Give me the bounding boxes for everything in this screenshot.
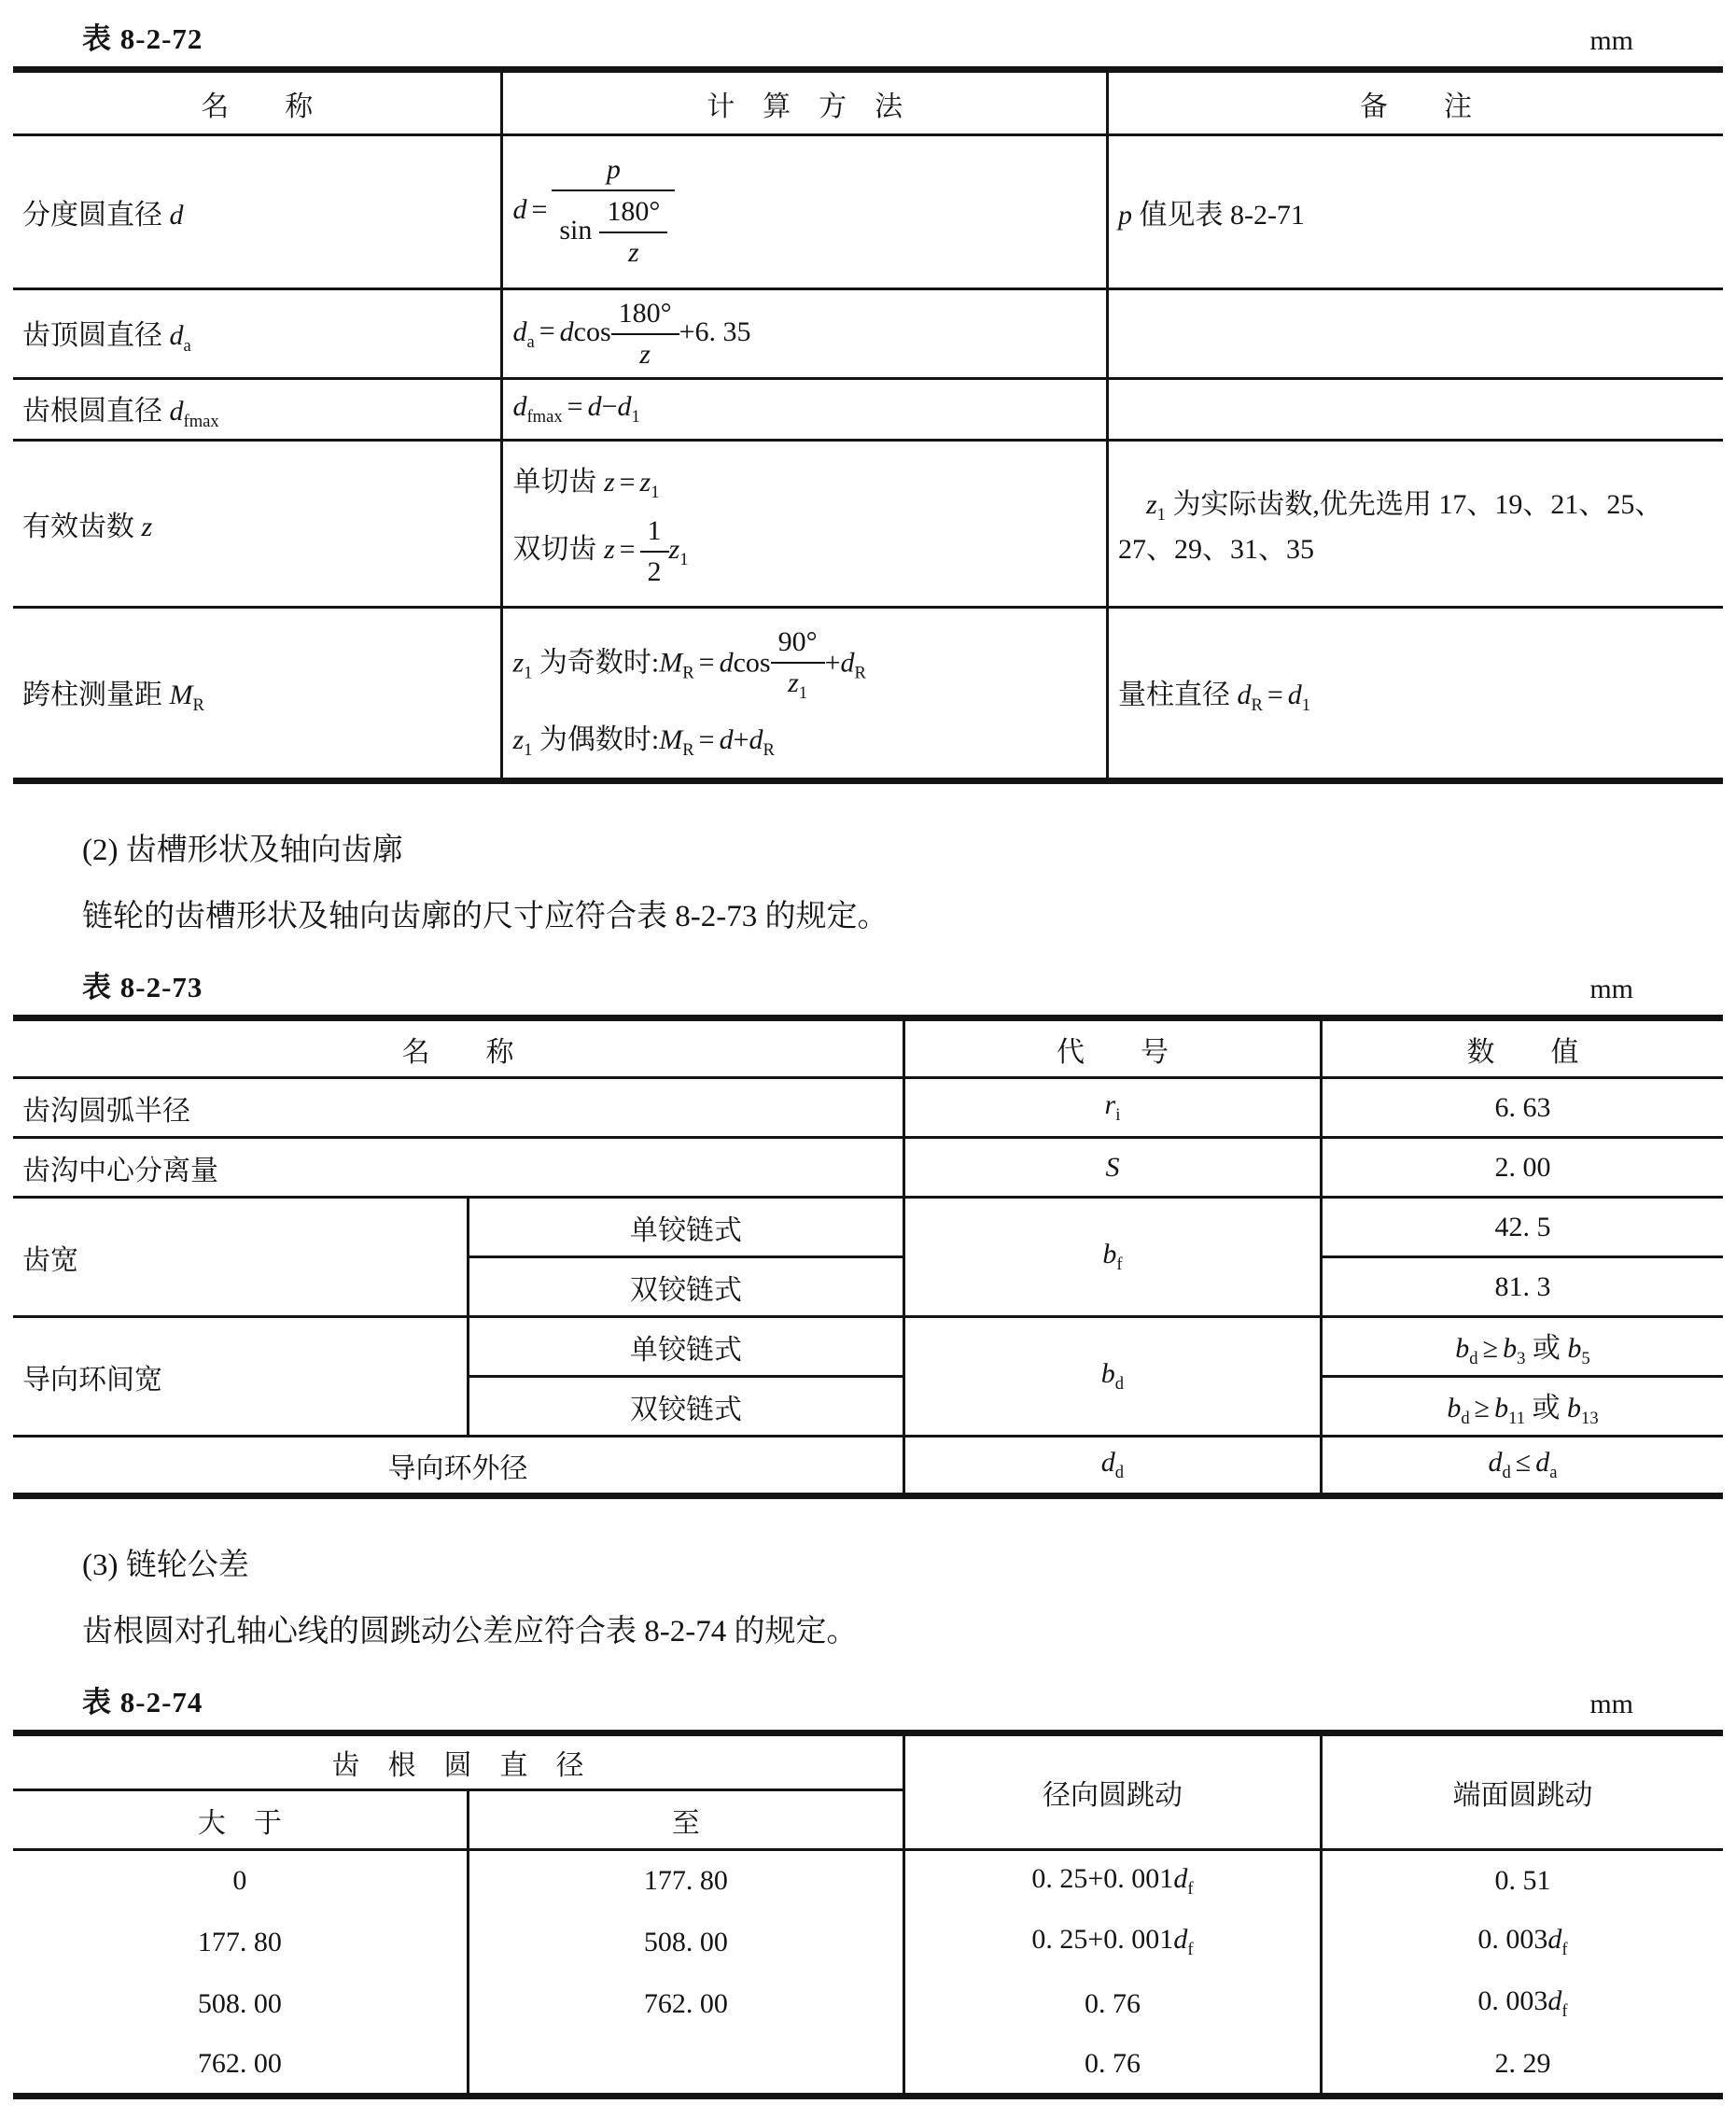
value-var: d xyxy=(1173,1924,1187,1955)
cell-radial: 0. 25+0. 001df xyxy=(903,1912,1321,1973)
cell-subtype: 双铰链式 xyxy=(468,1257,903,1317)
table3-caption-row: 表 8-2-74 mm xyxy=(13,1678,1723,1720)
name-sub: R xyxy=(193,695,204,715)
formula-part: sin xyxy=(559,215,592,245)
fraction-denominator: z xyxy=(611,335,679,372)
table2-header-name: 名 称 xyxy=(13,1018,903,1078)
formula-part: 为偶数时: xyxy=(532,724,659,755)
value-text: 或 xyxy=(1525,1333,1567,1364)
formula-part: = xyxy=(615,467,640,498)
name-var: d xyxy=(170,396,184,427)
remark-var: z xyxy=(1146,489,1157,520)
cell-subtype: 单铰链式 xyxy=(468,1317,903,1377)
remark-var: d xyxy=(1288,680,1302,710)
cell-to: 177. 80 xyxy=(468,1850,903,1912)
table3-unit-label: mm xyxy=(1589,1689,1633,1720)
cell-remark xyxy=(1107,379,1723,441)
value-var: b xyxy=(1447,1393,1461,1424)
symbol-var: d xyxy=(1101,1447,1115,1478)
fraction-denominator: 2 xyxy=(640,553,669,589)
section2-heading: (2) 齿槽形状及轴向齿廓 xyxy=(82,825,1723,869)
formula-part: = xyxy=(563,391,588,422)
cell-over: 762. 00 xyxy=(13,2035,468,2097)
cell-axial: 2. 29 xyxy=(1321,2035,1723,2097)
table-row: 762. 00 0. 76 2. 29 xyxy=(13,2035,1723,2097)
formula-line: z1 为偶数时:MR=d+dR xyxy=(512,716,1097,761)
formula-part: d xyxy=(618,391,632,422)
formula-part: p xyxy=(607,154,621,185)
value-text: 0. 25+0. 001 xyxy=(1031,1924,1173,1955)
cell-over: 0 xyxy=(13,1850,468,1912)
formula-part: cos xyxy=(574,316,611,346)
section3-heading: (3) 链轮公差 xyxy=(82,1540,1723,1584)
fraction-denominator: z xyxy=(599,233,667,270)
cell-value: dd≤da xyxy=(1321,1437,1723,1496)
table-row: 0 177. 80 0. 25+0. 001df 0. 51 xyxy=(13,1850,1723,1912)
remark-line: z1 为实际齿数,优先选用 17、19、21、25、 xyxy=(1118,481,1714,526)
formula-part: R xyxy=(682,740,693,760)
name-label: 跨柱测量距 xyxy=(22,680,170,710)
cell-subtype: 单铰链式 xyxy=(468,1198,903,1257)
table-row: 齿根圆直径 dfmax dfmax=d−d1 xyxy=(13,379,1723,441)
formula-part: d xyxy=(512,194,526,225)
formula-part: − xyxy=(602,391,618,422)
table-row: 177. 80 508. 00 0. 25+0. 001df 0. 003df xyxy=(13,1912,1723,1973)
value-sub: f xyxy=(1561,1940,1567,1959)
table1-caption: 表 8-2-72 xyxy=(82,15,203,57)
cell-value: 42. 5 xyxy=(1321,1198,1723,1257)
section2-body: 链轮的齿槽形状及轴向齿廓的尺寸应符合表 8-2-73 的规定。 xyxy=(82,891,1723,935)
table-row: 齿顶圆直径 da da=dcos 180° z +6. 35 xyxy=(13,289,1723,379)
formula-part: z xyxy=(639,339,651,370)
formula-part: z xyxy=(512,647,524,678)
symbol-sub: d xyxy=(1115,1374,1124,1394)
table2: 名 称 代 号 数 值 齿沟圆弧半径 ri 6. 63 齿沟中心分离量 S 2.… xyxy=(13,1015,1723,1499)
value-op: ≥ xyxy=(1478,1333,1503,1364)
cell-method: da=dcos 180° z +6. 35 xyxy=(502,289,1108,379)
cell-method: d= p sin 180° z xyxy=(502,135,1108,289)
remark-var-sub: R xyxy=(1251,695,1262,715)
cell-name: 齿宽 xyxy=(13,1198,468,1317)
value-var: d xyxy=(1535,1447,1549,1478)
value-var: b xyxy=(1567,1333,1581,1364)
cell-value: 81. 3 xyxy=(1321,1257,1723,1317)
table1-unit-label: mm xyxy=(1589,25,1633,57)
formula-part: d xyxy=(749,724,763,755)
value-sub: 3 xyxy=(1517,1349,1525,1368)
fraction: 180° z xyxy=(611,297,679,372)
formula-part: 双切齿 xyxy=(512,534,604,565)
remark-text: 27、29、31、35 xyxy=(1118,534,1314,565)
formula-part: +6. 35 xyxy=(679,316,751,346)
value-text: 0. 003 xyxy=(1477,1924,1547,1955)
cell-name: 齿沟中心分离量 xyxy=(13,1138,903,1198)
formula-part: = xyxy=(694,647,720,678)
table3-header-radial-runout: 径向圆跳动 xyxy=(903,1733,1321,1850)
value-sub: f xyxy=(1187,1879,1193,1899)
symbol-var: b xyxy=(1102,1239,1116,1269)
value-op: ≥ xyxy=(1470,1393,1494,1424)
table3-header-to: 至 xyxy=(468,1790,903,1850)
formula-part: R xyxy=(855,663,866,682)
value-sub: 5 xyxy=(1581,1349,1589,1368)
remark-var-sub: 1 xyxy=(1302,695,1310,715)
value-var: b xyxy=(1567,1393,1581,1424)
symbol-var: b xyxy=(1101,1358,1115,1389)
table-row: 508. 00 762. 00 0. 76 0. 003df xyxy=(13,1973,1723,2035)
remark-text: = xyxy=(1263,680,1288,710)
value-var: d xyxy=(1173,1863,1187,1894)
value-op: ≤ xyxy=(1511,1447,1535,1478)
formula-part: cos xyxy=(734,647,771,678)
formula-part: d xyxy=(720,647,734,678)
formula-line: z1 为奇数时:MR=dcos 90° z1 +dR xyxy=(512,625,1097,705)
formula-part: 为奇数时: xyxy=(532,647,659,678)
formula-part: = xyxy=(694,724,720,755)
value-var: d xyxy=(1547,1985,1561,2016)
name-var: d xyxy=(170,320,184,351)
symbol-sub: f xyxy=(1116,1255,1122,1274)
formula-part: 90° xyxy=(771,625,825,664)
formula-part: z xyxy=(604,534,615,565)
formula-part: z xyxy=(640,467,651,498)
table2-unit-label: mm xyxy=(1589,974,1633,1005)
document-page: 表 8-2-72 mm 名 称 计 算 方 法 备 注 分度圆直径 d d= p… xyxy=(0,0,1736,2118)
symbol-sub: d xyxy=(1115,1463,1124,1482)
table-row: 有效齿数 z 单切齿 z=z1 双切齿 z= 1 2 z1 z1 为实际齿数,优… xyxy=(13,441,1723,608)
cell-symbol: dd xyxy=(903,1437,1321,1496)
table1-header-name: 名 称 xyxy=(13,70,502,135)
formula-part: 180° xyxy=(611,297,679,335)
name-var: M xyxy=(170,680,193,710)
formula-part: 1 xyxy=(640,514,669,553)
value-text: 0. 003 xyxy=(1477,1985,1547,2016)
cell-method: 单切齿 z=z1 双切齿 z= 1 2 z1 xyxy=(502,441,1108,608)
cell-remark: p 值见表 8-2-71 xyxy=(1107,135,1723,289)
name-label: 分度圆直径 xyxy=(22,200,170,231)
cell-name: 齿根圆直径 dfmax xyxy=(13,379,502,441)
symbol-var: S xyxy=(1105,1152,1119,1183)
cell-symbol: bf xyxy=(903,1198,1321,1317)
table1: 名 称 计 算 方 法 备 注 分度圆直径 d d= p sin 180° z xyxy=(13,66,1723,784)
table-row: 导向环间宽 单铰链式 bd bd≥b3 或 b5 xyxy=(13,1317,1723,1377)
value-sub: f xyxy=(1187,1940,1193,1959)
table3: 齿 根 圆 直 径 径向圆跳动 端面圆跳动 大 于 至 0 177. 80 0.… xyxy=(13,1730,1723,2099)
cell-to: 508. 00 xyxy=(468,1912,903,1973)
cell-method: dfmax=d−d1 xyxy=(502,379,1108,441)
cell-radial: 0. 25+0. 001df xyxy=(903,1850,1321,1912)
formula-part: 1 xyxy=(651,483,659,502)
cell-radial: 0. 76 xyxy=(903,2035,1321,2097)
formula-part: d xyxy=(512,316,526,346)
value-sub: d xyxy=(1502,1463,1510,1482)
remark-var-sub: 1 xyxy=(1157,505,1166,525)
formula-part: d xyxy=(720,724,734,755)
formula-part: M xyxy=(659,724,682,755)
cell-axial: 0. 003df xyxy=(1321,1973,1723,2035)
formula-part: = xyxy=(615,534,640,565)
name-sub: fmax xyxy=(184,412,219,431)
table-row: 跨柱测量距 MR z1 为奇数时:MR=dcos 90° z1 +dR z1 为… xyxy=(13,608,1723,781)
cell-symbol: S xyxy=(903,1138,1321,1198)
value-sub: 11 xyxy=(1508,1409,1525,1428)
value-text: 0. 25+0. 001 xyxy=(1031,1863,1173,1894)
table-row: 齿沟圆弧半径 ri 6. 63 xyxy=(13,1078,1723,1138)
formula-part: fmax xyxy=(526,407,562,427)
table2-header-row: 名 称 代 号 数 值 xyxy=(13,1018,1723,1078)
fraction-numerator: p xyxy=(552,153,675,191)
cell-over: 177. 80 xyxy=(13,1912,468,1973)
table3-header-axial-runout: 端面圆跳动 xyxy=(1321,1733,1723,1850)
formula-part: 1 xyxy=(679,550,688,569)
value-var: d xyxy=(1488,1447,1502,1478)
formula-part: + xyxy=(734,724,749,755)
cell-method: z1 为奇数时:MR=dcos 90° z1 +dR z1 为偶数时:MR=d+… xyxy=(502,608,1108,781)
formula-part: z xyxy=(512,724,524,755)
symbol-var: r xyxy=(1105,1089,1116,1120)
table1-header-row: 名 称 计 算 方 法 备 注 xyxy=(13,70,1723,135)
table2-header-value: 数 值 xyxy=(1321,1018,1723,1078)
fraction-denominator: z1 xyxy=(771,664,825,705)
cell-value: bd≥b11 或 b13 xyxy=(1321,1377,1723,1437)
table3-header-over: 大 于 xyxy=(13,1790,468,1850)
section3-body: 齿根圆对孔轴心线的圆跳动公差应符合表 8-2-74 的规定。 xyxy=(82,1606,1723,1650)
cell-value: bd≥b3 或 b5 xyxy=(1321,1317,1723,1377)
remark-text: 量柱直径 xyxy=(1118,680,1238,710)
fraction: 180° z xyxy=(599,195,667,270)
formula-part: M xyxy=(659,647,682,678)
cell-name: 导向环间宽 xyxy=(13,1317,468,1437)
table3-header-row-1: 齿 根 圆 直 径 径向圆跳动 端面圆跳动 xyxy=(13,1733,1723,1790)
table-row: 齿宽 单铰链式 bf 42. 5 xyxy=(13,1198,1723,1257)
formula-part: 1 xyxy=(799,683,807,703)
formula-part: 1 xyxy=(632,407,640,427)
table3-header-root-diameter: 齿 根 圆 直 径 xyxy=(13,1733,903,1790)
cell-name: 有效齿数 z xyxy=(13,441,502,608)
name-label: 有效齿数 xyxy=(22,512,142,542)
table1-header-remark: 备 注 xyxy=(1107,70,1723,135)
cell-symbol: bd xyxy=(903,1317,1321,1437)
cell-axial: 0. 51 xyxy=(1321,1850,1723,1912)
fraction: 1 2 xyxy=(640,514,669,589)
cell-symbol: ri xyxy=(903,1078,1321,1138)
table-row: 齿沟中心分离量 S 2. 00 xyxy=(13,1138,1723,1198)
table-row: 导向环外径 dd dd≤da xyxy=(13,1437,1723,1496)
name-var: d xyxy=(170,200,184,231)
formula-line: 单切齿 z=z1 xyxy=(512,458,1097,503)
value-var: b xyxy=(1503,1333,1517,1364)
remark-var: p xyxy=(1118,200,1132,231)
formula-part: a xyxy=(526,331,534,351)
name-sub: a xyxy=(184,336,191,356)
value-var: d xyxy=(1547,1924,1561,1955)
cell-radial: 0. 76 xyxy=(903,1973,1321,2035)
fraction: p sin 180° z xyxy=(552,153,675,271)
table1-header-method: 计 算 方 法 xyxy=(502,70,1108,135)
value-sub: f xyxy=(1561,2001,1567,2021)
cell-name: 分度圆直径 d xyxy=(13,135,502,289)
cell-subtype: 双铰链式 xyxy=(468,1377,903,1437)
table1-caption-row: 表 8-2-72 mm xyxy=(13,15,1723,57)
cell-remark xyxy=(1107,289,1723,379)
formula-part: = xyxy=(526,194,552,225)
value-sub: d xyxy=(1469,1349,1477,1368)
formula-part: d xyxy=(841,647,855,678)
formula-part: + xyxy=(825,647,841,678)
formula-part: 单切齿 xyxy=(512,467,604,498)
value-sub: d xyxy=(1461,1409,1469,1428)
cell-remark: 量柱直径 dR=d1 xyxy=(1107,608,1723,781)
cell-name: 齿沟圆弧半径 xyxy=(13,1078,903,1138)
fraction-denominator: sin 180° z xyxy=(552,191,675,271)
formula-part: 180° xyxy=(599,195,667,233)
symbol-sub: i xyxy=(1115,1105,1120,1125)
value-text: 或 xyxy=(1525,1393,1567,1424)
formula-part: = xyxy=(535,316,560,346)
cell-axial: 0. 003df xyxy=(1321,1912,1723,1973)
value-sub: a xyxy=(1549,1463,1557,1482)
formula-part: d xyxy=(512,391,526,422)
cell-value: 2. 00 xyxy=(1321,1138,1723,1198)
formula-part: z xyxy=(628,237,639,268)
value-sub: 13 xyxy=(1581,1409,1599,1428)
remark-text: 值见表 8-2-71 xyxy=(1132,200,1305,231)
cell-over: 508. 00 xyxy=(13,1973,468,2035)
formula-part: 2 xyxy=(648,556,662,587)
cell-to: 762. 00 xyxy=(468,1973,903,2035)
remark-var: d xyxy=(1237,680,1251,710)
cell-name: 齿顶圆直径 da xyxy=(13,289,502,379)
formula-part: R xyxy=(682,663,693,682)
formula-part: R xyxy=(763,740,775,760)
formula-part: z xyxy=(669,534,680,565)
table2-caption-row: 表 8-2-73 mm xyxy=(13,963,1723,1005)
cell-name: 导向环外径 xyxy=(13,1437,903,1496)
formula-part: z xyxy=(788,667,799,698)
name-var: z xyxy=(142,512,153,542)
cell-to xyxy=(468,2035,903,2097)
fraction: 90° z1 xyxy=(771,625,825,705)
table2-header-symbol: 代 号 xyxy=(903,1018,1321,1078)
value-var: b xyxy=(1494,1393,1508,1424)
table-row: 分度圆直径 d d= p sin 180° z p 值见表 8-2-71 xyxy=(13,135,1723,289)
formula-part: d xyxy=(588,391,602,422)
name-label: 齿根圆直径 xyxy=(22,396,170,427)
cell-remark: z1 为实际齿数,优先选用 17、19、21、25、 27、29、31、35 xyxy=(1107,441,1723,608)
table3-caption: 表 8-2-74 xyxy=(82,1678,203,1720)
value-var: b xyxy=(1455,1333,1469,1364)
formula-part: d xyxy=(560,316,574,346)
formula-line: 双切齿 z= 1 2 z1 xyxy=(512,514,1097,589)
formula-part: z xyxy=(604,467,615,498)
cell-name: 跨柱测量距 MR xyxy=(13,608,502,781)
remark-text: 为实际齿数,优先选用 17、19、21、25、 xyxy=(1166,489,1663,520)
name-label: 齿顶圆直径 xyxy=(22,320,170,351)
cell-value: 6. 63 xyxy=(1321,1078,1723,1138)
remark-line: 27、29、31、35 xyxy=(1118,526,1714,567)
table2-caption: 表 8-2-73 xyxy=(82,963,203,1005)
